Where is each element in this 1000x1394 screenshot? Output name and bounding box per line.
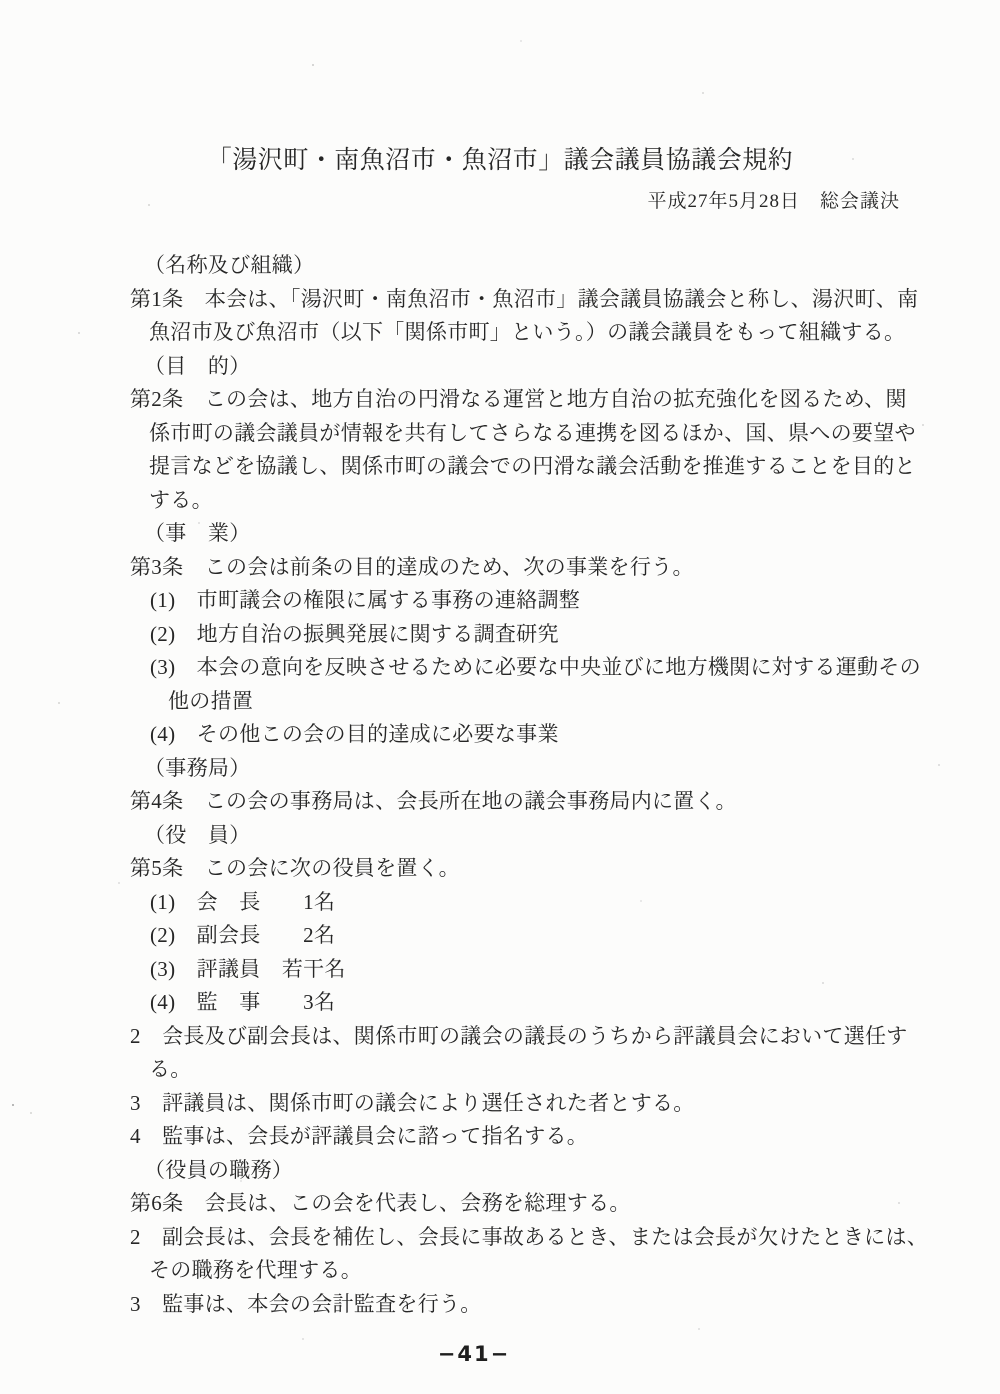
document-line: (2) 地方自治の振興発展に関する調査研究 — [130, 618, 910, 652]
resolution-date: 平成27年5月28日 総会議決 — [647, 186, 900, 213]
document-line: 第5条 この会に次の役員を置く。 — [130, 852, 910, 886]
document-page: 「湯沢町・南魚沼市・魚沼市」議会議員協議会規約 平成27年5月28日 総会議決 … — [0, 0, 1000, 1394]
document-line: （役 員） — [130, 819, 910, 853]
document-line: (1) 市町議会の権限に属する事務の連絡調整 — [130, 584, 910, 618]
document-line: する。 — [130, 484, 910, 518]
document-line: （事 業） — [130, 517, 910, 551]
document-line: 第4条 この会の事務局は、会長所在地の議会事務局内に置く。 — [130, 785, 910, 819]
document-line: 第3条 この会は前条の目的達成のため、次の事業を行う。 — [130, 551, 910, 585]
document-line: 第1条 本会は、「湯沢町・南魚沼市・魚沼市」議会議員協議会と称し、湯沢町、南 — [130, 283, 910, 317]
document-line: 係市町の議会議員が情報を共有してさらなる連携を図るほか、国、県への要望や — [130, 417, 910, 451]
document-line: 3 評議員は、関係市町の議会により選任された者とする。 — [130, 1087, 910, 1121]
document-line: 第6条 会長は、この会を代表し、会務を総理する。 — [130, 1187, 910, 1221]
document-title: 「湯沢町・南魚沼市・魚沼市」議会議員協議会規約 — [0, 140, 1000, 176]
page-number: −41− — [0, 1342, 974, 1366]
document-line: 提言などを協議し、関係市町の議会での円滑な議会活動を推進することを目的と — [130, 450, 910, 484]
document-line: 魚沼市及び魚沼市（以下「関係市町」という。）の議会議員をもって組織する。 — [130, 316, 910, 350]
document-line: る。 — [130, 1053, 910, 1087]
document-line: 3 監事は、本会の会計監査を行う。 — [130, 1288, 910, 1322]
document-line: (2) 副会長 2名 — [130, 919, 910, 953]
document-line: (3) 評議員 若干名 — [130, 953, 910, 987]
document-line: (4) 監 事 3名 — [130, 986, 910, 1020]
document-line: 2 副会長は、会長を補佐し、会長に事故あるとき、または会長が欠けたときには、 — [130, 1221, 910, 1255]
document-line: 他の措置 — [130, 685, 910, 719]
document-line: (3) 本会の意向を反映させるために必要な中央並びに地方機関に対する運動その — [130, 651, 910, 685]
document-line: 第2条 この会は、地方自治の円滑なる運営と地方自治の拡充強化を図るため、関 — [130, 383, 910, 417]
document-line: 2 会長及び副会長は、関係市町の議会の議長のうちから評議員会において選任す — [130, 1020, 910, 1054]
document-line: （事務局） — [130, 752, 910, 786]
document-line: (1) 会 長 1名 — [130, 886, 910, 920]
document-line: （目 的） — [130, 350, 910, 384]
document-line: 4 監事は、会長が評議員会に諮って指名する。 — [130, 1120, 910, 1154]
document-line: （役員の職務） — [130, 1154, 910, 1188]
scan-noise — [0, 0, 2, 2]
document-line: (4) その他この会の目的達成に必要な事業 — [130, 718, 910, 752]
document-line: （名称及び組織） — [130, 249, 910, 283]
document-body: （名称及び組織）第1条 本会は、「湯沢町・南魚沼市・魚沼市」議会議員協議会と称し… — [130, 249, 910, 1321]
document-line: その職務を代理する。 — [130, 1254, 910, 1288]
